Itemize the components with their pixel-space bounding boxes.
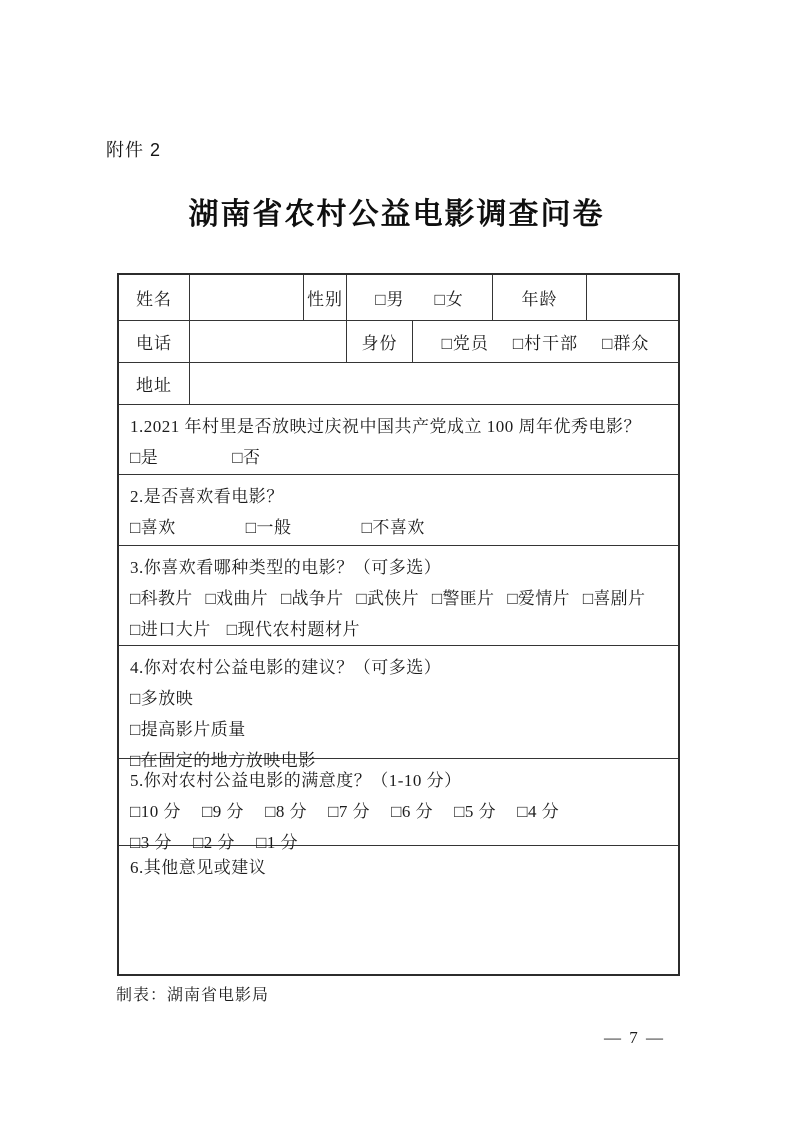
question-5-text: 5.你对农村公益电影的满意度？（1-10 分） <box>130 765 668 796</box>
attachment-label: 附件 2 <box>106 136 161 162</box>
checkbox-option-party-member: □党员 <box>442 329 489 354</box>
footer-note: 制表：湖南省电影局 <box>116 982 269 1005</box>
checkbox-option: □多放映 <box>130 683 668 714</box>
checkbox-option-male: □男 <box>375 285 404 310</box>
checkbox-option: □戏曲片 <box>205 583 267 614</box>
question-3-options-line-1: □科教片 □戏曲片 □战争片 □武侠片 □警匪片 □爱情片 □喜剧片 <box>130 583 668 614</box>
phone-label: 电话 <box>119 321 190 363</box>
checkbox-option: □10 分 <box>130 796 181 827</box>
checkbox-option: □科教片 <box>130 583 192 614</box>
question-2: 2.是否喜欢看电影？ □喜欢 □一般 □不喜欢 <box>119 475 678 546</box>
table-row-address: 地址 <box>119 363 678 405</box>
question-1: 1.2021 年村里是否放映过庆祝中国共产党成立 100 周年优秀电影？ □是 … <box>119 405 678 475</box>
age-label: 年龄 <box>493 275 587 321</box>
address-field <box>190 363 678 405</box>
page-title: 湖南省农村公益电影调查问卷 <box>0 189 793 233</box>
checkbox-option-village-cadre: □村干部 <box>513 329 578 354</box>
checkbox-option: □5 分 <box>454 796 496 827</box>
checkbox-option: □4 分 <box>517 796 559 827</box>
checkbox-option: □一般 <box>246 512 292 543</box>
survey-table: 姓名 性别 □男 □女 年龄 电话 身份 □党员 □村干部 □群众 地址 <box>117 273 680 976</box>
checkbox-option: □喜欢 <box>130 512 176 543</box>
identity-label: 身份 <box>347 321 413 363</box>
checkbox-option: □9 分 <box>202 796 244 827</box>
checkbox-option: □否 <box>232 442 260 473</box>
question-2-text: 2.是否喜欢看电影？ <box>130 481 668 512</box>
question-5-options-line-1: □10 分 □9 分 □8 分 □7 分 □6 分 □5 分 □4 分 <box>130 796 668 827</box>
checkbox-option: □是 <box>130 442 158 473</box>
table-row-name-gender-age: 姓名 性别 □男 □女 年龄 <box>119 275 678 321</box>
question-5: 5.你对农村公益电影的满意度？（1-10 分） □10 分 □9 分 □8 分 … <box>119 759 678 846</box>
page-number: — 7 — <box>604 1028 665 1048</box>
checkbox-option: □6 分 <box>391 796 433 827</box>
question-3: 3.你喜欢看哪种类型的电影？（可多选） □科教片 □戏曲片 □战争片 □武侠片 … <box>119 546 678 646</box>
table-row-phone-identity: 电话 身份 □党员 □村干部 □群众 <box>119 321 678 363</box>
checkbox-option: □警匪片 <box>432 583 494 614</box>
name-label: 姓名 <box>119 275 190 321</box>
checkbox-option: □喜剧片 <box>583 583 645 614</box>
question-1-options: □是 □否 <box>130 442 668 473</box>
gender-label: 性别 <box>304 275 347 321</box>
identity-options: □党员 □村干部 □群众 <box>413 321 678 363</box>
age-field <box>587 275 678 321</box>
checkbox-option: □爱情片 <box>507 583 569 614</box>
checkbox-option: □8 分 <box>265 796 307 827</box>
checkbox-option: □7 分 <box>328 796 370 827</box>
question-3-text: 3.你喜欢看哪种类型的电影？（可多选） <box>130 552 668 583</box>
checkbox-option-female: □女 <box>435 285 464 310</box>
question-6-text: 6.其他意见或建议 <box>130 852 668 883</box>
checkbox-option-masses: □群众 <box>602 329 649 354</box>
checkbox-option: □现代农村题材片 <box>227 614 360 645</box>
phone-field <box>190 321 347 363</box>
question-1-text: 1.2021 年村里是否放映过庆祝中国共产党成立 100 周年优秀电影？ <box>130 411 668 442</box>
question-4: 4.你对农村公益电影的建议？（可多选） □多放映 □提高影片质量 □在固定的地方… <box>119 646 678 759</box>
checkbox-option: □武侠片 <box>356 583 418 614</box>
gender-options: □男 □女 <box>347 275 493 321</box>
checkbox-option: □提高影片质量 <box>130 714 668 745</box>
name-field <box>190 275 304 321</box>
checkbox-option: □进口大片 <box>130 614 211 645</box>
question-3-options-line-2: □进口大片 □现代农村题材片 <box>130 614 668 645</box>
checkbox-option: □不喜欢 <box>362 512 425 543</box>
question-4-text: 4.你对农村公益电影的建议？（可多选） <box>130 652 668 683</box>
address-label: 地址 <box>119 363 190 405</box>
checkbox-option: □战争片 <box>281 583 343 614</box>
document-page: 附件 2 湖南省农村公益电影调查问卷 姓名 性别 □男 □女 年龄 电话 身份 … <box>0 0 793 1121</box>
question-2-options: □喜欢 □一般 □不喜欢 <box>130 512 668 543</box>
question-6: 6.其他意见或建议 <box>119 846 678 974</box>
